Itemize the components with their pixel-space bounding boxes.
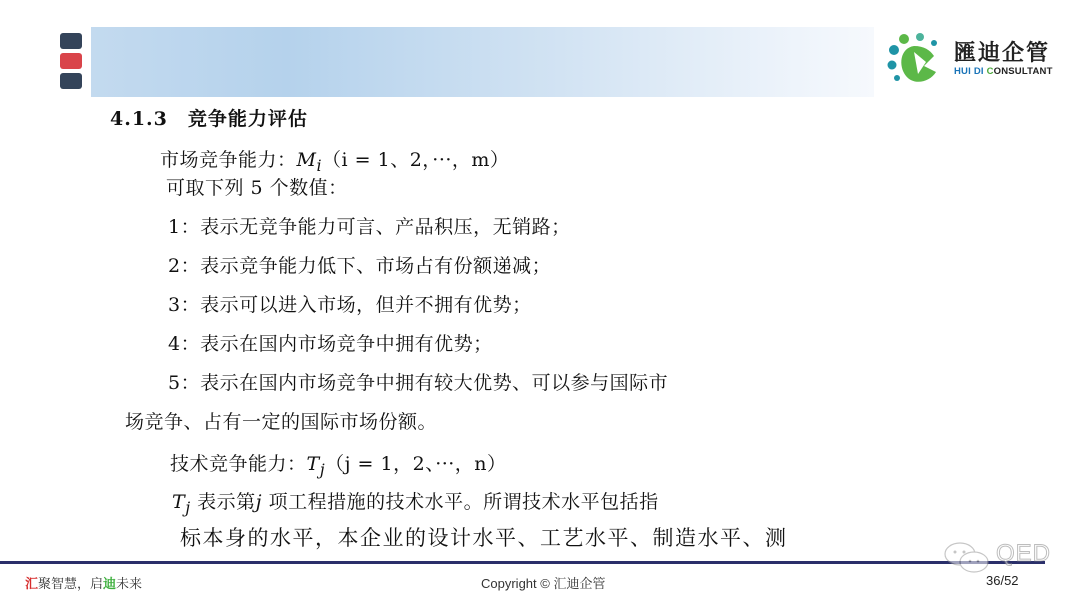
decor-block-bottom xyxy=(60,73,82,89)
value-2-line: 2：表示竞争能力低下、市场占有份额递减； xyxy=(168,251,551,278)
footer-slogan: 汇聚智慧，启迪未来 xyxy=(25,573,142,592)
watermark-text: QED xyxy=(996,540,1051,568)
tech-level-definition-line: Tj 表示第j 项工程措施的技术水平。所谓技术水平包括指 xyxy=(172,487,659,517)
decor-block-middle xyxy=(60,53,82,69)
value-5-continued-line: 场竞争、占有一定的国际市场份额。 xyxy=(125,407,437,434)
logo-chinese-name: 匯迪企管 xyxy=(954,36,1050,67)
value-1-line: 1：表示无竞争能力可言、产品积压，无销路； xyxy=(168,212,571,239)
page-number: 36/52 xyxy=(986,573,1019,588)
value-3-line: 3：表示可以进入市场，但并不拥有优势； xyxy=(168,290,532,317)
company-logo: 匯迪企管 HUI DI CONSULTANT xyxy=(884,30,1080,90)
tech-level-continued-line: 标本身的水平，本企业的设计水平、工艺水平、制造水平、测 xyxy=(180,522,788,552)
logo-english-name: HUI DI CONSULTANT xyxy=(954,66,1053,77)
tech-competitiveness-line: 技术竞争能力：Tj（j = 1，2、···，n） xyxy=(170,449,507,479)
value-4-line: 4：表示在国内市场竞争中拥有优势； xyxy=(168,329,493,356)
section-title: 4.1.3 竞争能力评估 xyxy=(110,104,308,131)
footer-divider xyxy=(0,561,1045,564)
decor-block-top xyxy=(60,33,82,49)
header-bar xyxy=(91,27,874,97)
market-competitiveness-line: 市场竞争能力：Mi（i = 1、2，···，m） xyxy=(160,145,509,175)
side-decoration xyxy=(60,33,82,93)
logo-mark-icon xyxy=(884,30,948,90)
footer-copyright: Copyright © 汇迪企管 xyxy=(481,573,605,592)
value-5-line: 5：表示在国内市场竞争中拥有较大优势、可以参与国际市 xyxy=(168,368,668,395)
values-intro-line: 可取下列 5 个数值： xyxy=(166,173,348,200)
